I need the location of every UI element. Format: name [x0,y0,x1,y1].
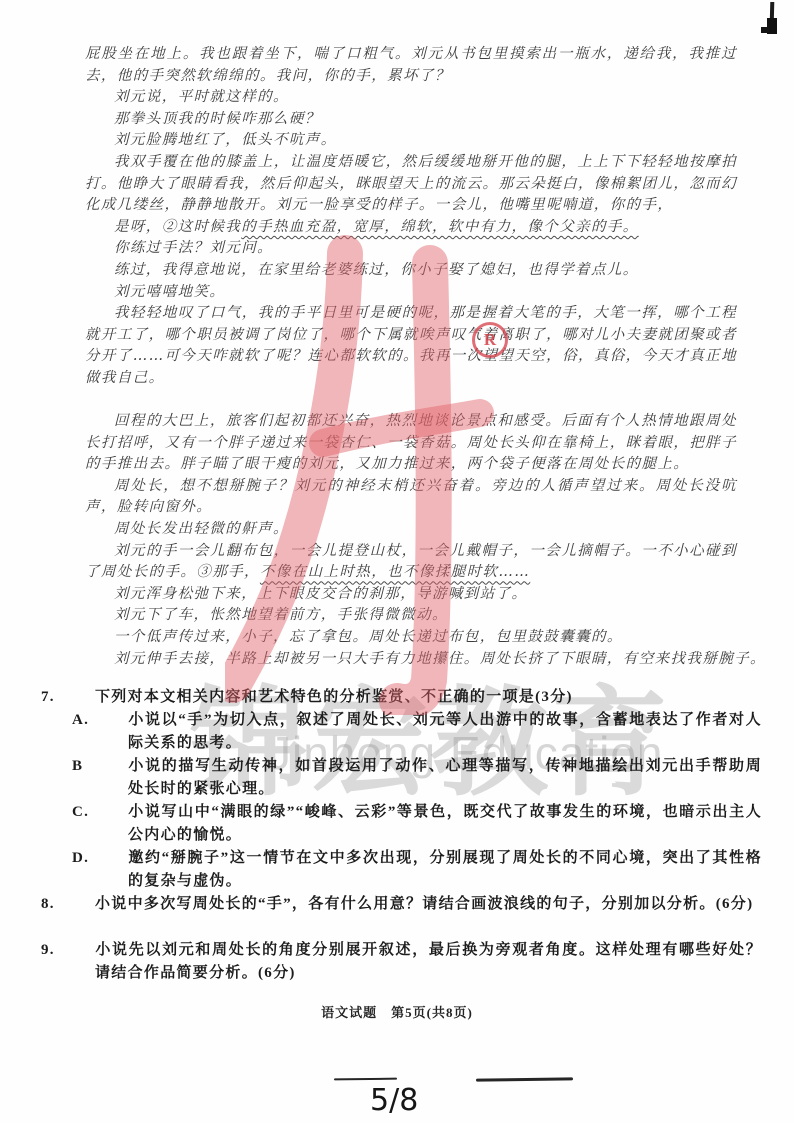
scan-artifact-line [476,1077,573,1081]
page-footer: 语文试题第5页(共8页) [0,1002,794,1021]
option-d: D.邀约“掰腕子”这一情节在文中多次出现，分别展现了周处长的不同心境，突出了其性… [100,847,762,893]
questions-section: 7.下列对本文相关内容和艺术特色的分析鉴赏、不正确的一项是(3分) A.小说以“… [68,686,762,985]
passage-text: 我双手覆在他的膝盖上，让温度焐暖它，然后缓缓地掰开他的腿，上上下下轻轻地按摩拍打… [85,154,737,213]
passage-text: 周处长，想不想掰腕子？刘元的神经末梢还兴奋着。旁边的人循声望过来。周处长没吭声，… [85,478,737,516]
passage-text: 刘元伸手去接，半路上却被另一只大手有力地攥住。周处长挤了下眼睛，有空来找我掰腕子… [114,651,766,667]
option-b: B小说的描写生动传神，如首段运用了动作、心理等描写，传神地描绘出刘元出手帮助周处… [100,755,762,801]
passage-text: 我轻轻地叹了口气，我的手平日里可是硬的呢，那是握着大笔的手，大笔一挥，哪个工程就… [85,305,737,386]
question-7-stem: 7.下列对本文相关内容和艺术特色的分析鉴赏、不正确的一项是(3分) [68,686,762,709]
passage-paragraph: 刘元嘻嘻地笑。 [85,282,737,304]
footer-subject: 语文试题 [321,1005,377,1020]
passage-paragraph: 你练过手法？刘元问。 [85,238,737,260]
scan-artifact-line [334,1078,397,1081]
question-number: 9. [68,939,95,962]
passage-paragraph: 屁股坐在地上。我也跟着坐下，喘了口粗气。刘元从书包里摸索出一瓶水，递给我，我推过… [85,44,737,87]
scan-artifact-corner-mark [761,2,781,38]
scan-artifact-foot [761,27,769,33]
question-9: 9.小说先以刘元和周处长的角度分别展开叙述，最后换为旁观者角度。这样处理有哪些好… [68,939,762,985]
question-text: 小说中多次写周处长的“手”，各有什么用意？请结合画波浪线的句子，分别加以分析。(… [95,896,753,912]
option-text: 小说以“手”为切入点，叙述了周处长、刘元等人出游中的故事，含蓄地表达了作者对人际… [128,712,762,751]
question-number: 8. [68,893,95,916]
passage-text: 屁股坐在地上。我也跟着坐下，喘了口粗气。刘元从书包里摸索出一瓶水，递给我，我推过… [85,46,737,84]
option-text: 小说写山中“满眼的绿”“峻峰、云彩”等景色，既交代了故事发生的环境，也暗示出主人… [128,804,762,843]
scanner-page-number: 5/8 [370,1083,418,1118]
passage-paragraph: 周处长发出轻微的鼾声。 [85,519,737,541]
wavy-underlined-sentence: 不像在山上时热，也不像揉腿时软…… [260,564,530,580]
option-letter: C. [100,801,128,824]
passage-paragraph: 我轻轻地叹了口气，我的手平日里可是硬的呢，那是握着大笔的手，大笔一挥，哪个工程就… [85,303,737,389]
option-letter: B [100,755,128,778]
passage-paragraph: 刘元脸腾地红了，低头不吭声。 [85,130,737,152]
passage-text: 是呀，②这时候我 [114,219,241,235]
reading-passage: 屁股坐在地上。我也跟着坐下，喘了口粗气。刘元从书包里摸索出一瓶水，递给我，我推过… [85,44,737,670]
passage-text: 那拳头顶我的时候咋那么硬？ [114,111,321,127]
passage-paragraph: 刘元伸手去接，半路上却被另一只大手有力地攥住。周处长挤了下眼睛，有空来找我掰腕子… [85,649,737,671]
passage-paragraph: 刘元说，平时就这样的。 [85,87,737,109]
passage-paragraph-marked-3: 刘元的手一会儿翻布包，一会儿提登山杖，一会儿戴帽子，一会儿摘帽子。一不小心碰到了… [85,541,737,584]
question-7: 7.下列对本文相关内容和艺术特色的分析鉴赏、不正确的一项是(3分) A.小说以“… [68,686,762,893]
passage-text: 你练过手法？刘元问。 [114,240,273,256]
passage-paragraph: 回程的大巴上，旅客们起初都还兴奋，热烈地谈论景点和感受。后面有个人热情地跟周处长… [85,411,737,476]
passage-text: 刘元浑身松弛下来，上下眼皮交合的刹那，导游喊到站了。 [114,586,527,602]
question-8-stem: 8.小说中多次写周处长的“手”，各有什么用意？请结合画波浪线的句子，分别加以分析… [68,893,762,916]
passage-paragraph: 我双手覆在他的膝盖上，让温度焐暖它，然后缓缓地掰开他的腿，上上下下轻轻地按摩拍打… [85,152,737,217]
passage-text: 刘元说，平时就这样的。 [114,89,289,105]
passage-text: 刘元脸腾地红了，低头不吭声。 [114,132,337,148]
footer-page-info: 第5页(共8页) [391,1005,473,1020]
passage-paragraph: 刘元浑身松弛下来，上下眼皮交合的刹那，导游喊到站了。 [85,584,737,606]
question-9-stem: 9.小说先以刘元和周处长的角度分别展开叙述，最后换为旁观者角度。这样处理有哪些好… [68,939,762,985]
passage-paragraph: 周处长，想不想掰腕子？刘元的神经末梢还兴奋着。旁边的人循声望过来。周处长没吭声，… [85,476,737,519]
question-number: 7. [68,686,95,709]
passage-paragraph: 刘元下了车，怅然地望着前方，手张得微微动。 [85,605,737,627]
scanned-exam-page: 锦宏教育 Jinhong Education 屁股坐在地上。我也跟着坐下，喘了口… [0,0,794,1123]
option-c: C.小说写山中“满眼的绿”“峻峰、云彩”等景色，既交代了故事发生的环境，也暗示出… [100,801,762,847]
option-a: A.小说以“手”为切入点，叙述了周处长、刘元等人出游中的故事，含蓄地表达了作者对… [100,709,762,755]
passage-paragraph-marked-2: 是呀，②这时候我的手热血充盈，宽厚，绵软，软中有力，像个父亲的手。 [85,217,737,239]
passage-text: 回程的大巴上，旅客们起初都还兴奋，热烈地谈论景点和感受。后面有个人热情地跟周处长… [85,413,737,472]
option-letter: D. [100,847,128,870]
passage-text: 练过，我得意地说，在家里给老婆练过，你小子娶了媳妇，也得学着点儿。 [114,262,639,278]
passage-text: 刘元下了车，怅然地望着前方，手张得微微动。 [114,607,448,623]
question-8: 8.小说中多次写周处长的“手”，各有什么用意？请结合画波浪线的句子，分别加以分析… [68,893,762,916]
passage-text: 一个低声传过来，小子，忘了拿包。周处长递过布包，包里鼓鼓囊囊的。 [114,629,623,645]
passage-text: 刘元嘻嘻地笑。 [114,284,225,300]
option-letter: A. [100,709,128,732]
question-text: 小说先以刘元和周处长的角度分别展开叙述，最后换为旁观者角度。这样处理有哪些好处？… [95,942,762,981]
wavy-underlined-sentence: 的手热血充盈，宽厚，绵软，软中有力，像个父亲的手。 [241,219,639,235]
passage-text: 周处长发出轻微的鼾声。 [114,521,289,537]
passage-paragraph: 那拳头顶我的时候咋那么硬？ [85,109,737,131]
option-text: 小说的描写生动传神，如首段运用了动作、心理等描写，传神地描绘出刘元出手帮助周处长… [128,758,762,797]
question-text: 下列对本文相关内容和艺术特色的分析鉴赏、不正确的一项是(3分) [95,689,573,705]
passage-paragraph: 一个低声传过来，小子，忘了拿包。周处长递过布包，包里鼓鼓囊囊的。 [85,627,737,649]
passage-paragraph: 练过，我得意地说，在家里给老婆练过，你小子娶了媳妇，也得学着点儿。 [85,260,737,282]
option-text: 邀约“掰腕子”这一情节在文中多次出现，分别展现了周处长的不同心境，突出了其性格的… [128,850,762,889]
